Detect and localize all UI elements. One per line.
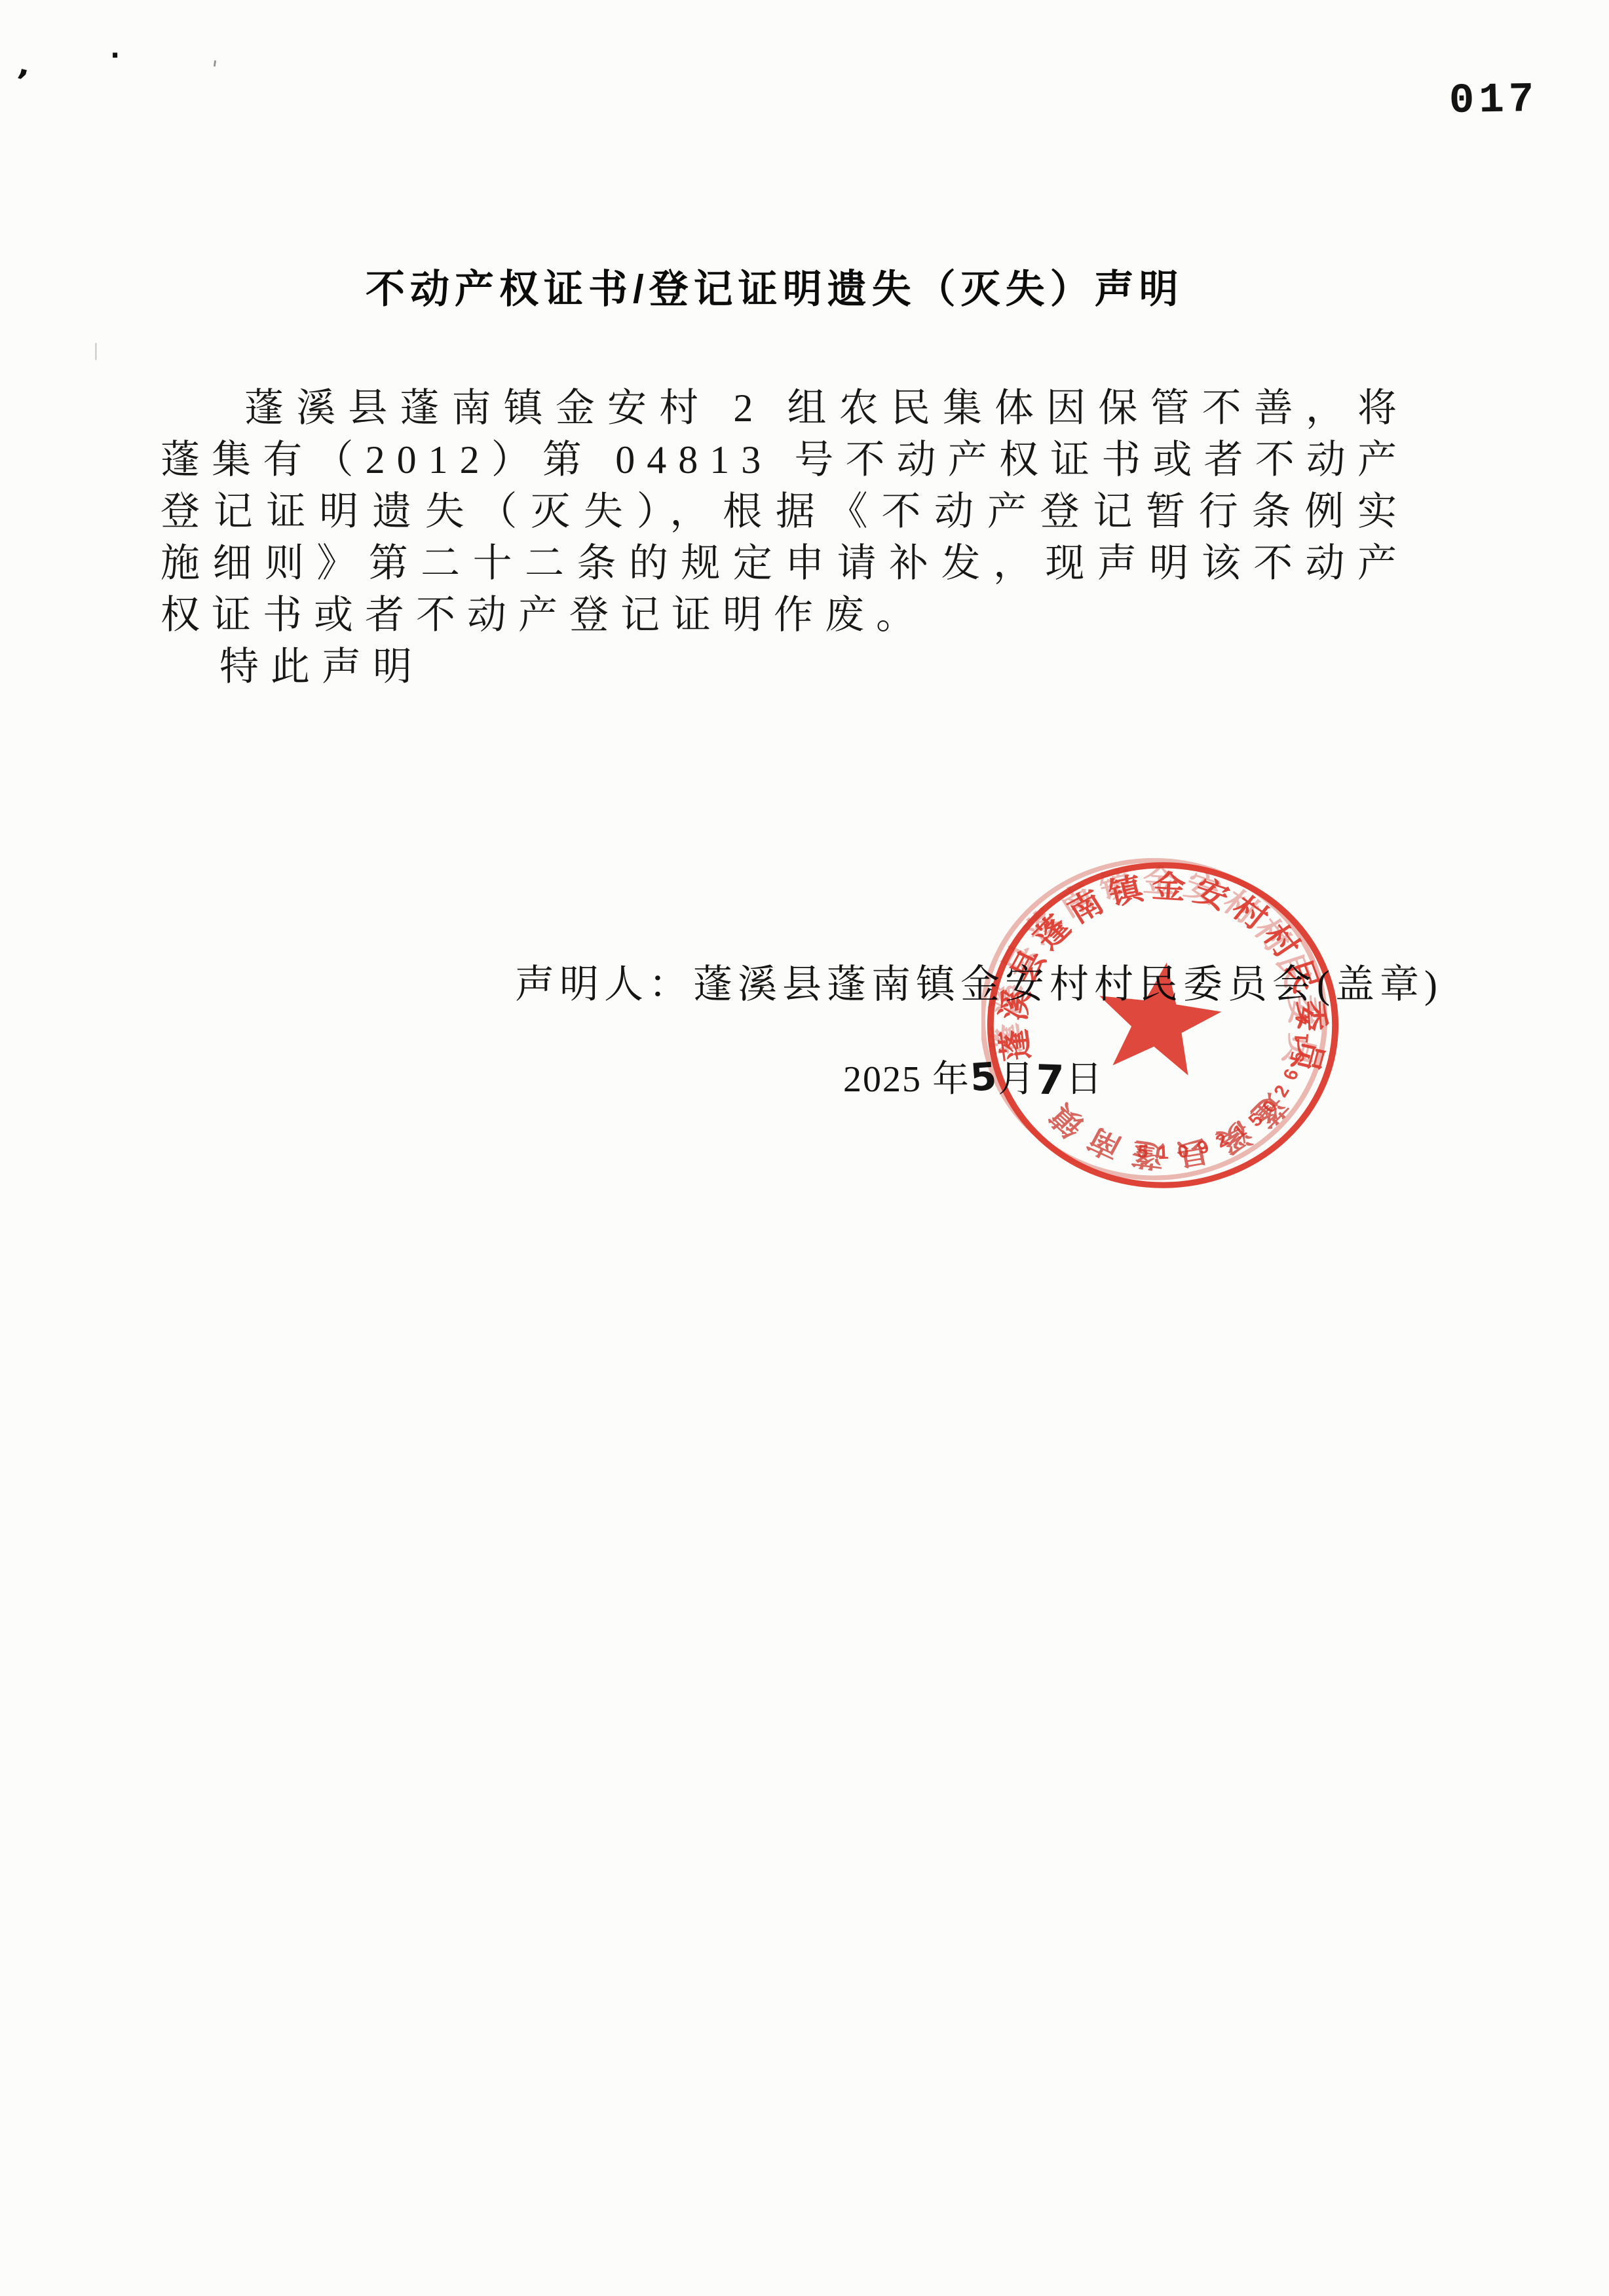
body-line-2: 蓬集有（2012）第 04813 号不动产权证书或者不动产 [161,434,1409,486]
document-title: 不动产权证书/登记证明遗失（灭失）声明 [366,258,1184,314]
seal-star-icon [1099,963,1221,1076]
body-line-3: 登记证明遗失（灭失），根据《不动产登记暂行条例实 [161,486,1409,538]
page-number: 017 [1448,77,1538,125]
body-line-1: 蓬溪县蓬南镇金安村 2 组农民集体因保管不善，将 [161,383,1409,434]
date-year-part: 2025 年 [843,1059,970,1100]
official-seal-graphic: 蓬溪县蓬南镇金安村村民委员会 蓬溪县蓬南镇金安村村民委员会 5109215026… [981,857,1344,1194]
scan-speck: , [16,47,35,84]
scan-speck: · [110,41,120,71]
body-line-5: 权证书或者不动产登记证明作废。 [161,590,1409,641]
scan-speck: | [93,341,99,360]
scan-speck: ' [209,56,219,83]
body-line-4: 施细则》第二十二条的规定申请补发，现声明该不动产 [161,538,1409,590]
scanned-document-page: , · ' | 017 不动产权证书/登记证明遗失（灭失）声明 蓬溪县蓬南镇金安… [0,0,1609,2296]
body-paragraph: 蓬溪县蓬南镇金安村 2 组农民集体因保管不善，将 蓬集有（2012）第 0481… [161,383,1409,693]
body-line-closing: 特此声明 [161,641,1409,693]
official-seal: 蓬溪县蓬南镇金安村村民委员会 蓬溪县蓬南镇金安村村民委员会 5109215026… [981,857,1344,1194]
